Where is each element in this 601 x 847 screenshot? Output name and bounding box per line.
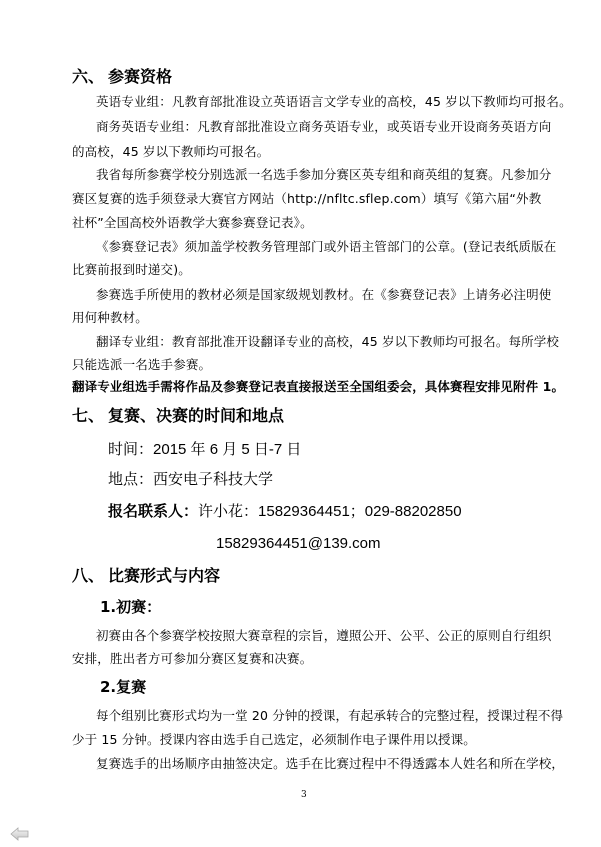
place-value: 西安电子科技大学 [153,471,273,488]
subheading-semifinal: 2.复赛 [100,680,146,695]
paragraph-line: 比赛前报到时递交)。 [72,264,191,277]
heading-number: 六、 [72,69,108,85]
time-line: 时间：2015 年 6 月 5 日-7 日 [108,442,301,457]
heading-number: 八、 [72,568,108,584]
back-button[interactable] [10,826,30,840]
place-line: 地点：西安电子科技大学 [108,472,273,487]
heading-title: 复赛、决赛的时间和地点 [108,406,284,425]
paragraph-line: 安排，胜出者方可参加分赛区复赛和决赛。 [72,653,312,666]
paragraph-line: 我省每所参赛学校分别选派一名选手参加分赛区英专组和商英组的复赛。凡参加分 [96,169,551,182]
contact-value: 许小花：15829364451；029-88202850 [198,503,462,520]
heading-title: 比赛形式与内容 [108,566,220,585]
paragraph-line: 赛区复赛的选手须登录大赛官方网站（http://nfltc.sflep.com）… [72,193,541,206]
place-label: 地点： [108,471,153,488]
paragraph-line: 复赛选手的出场顺序由抽签决定。选手在比赛过程中不得透露本人姓名和所在学校， [96,758,564,771]
paragraph-line: 的高校，45 岁以下教师均可报名。 [72,146,269,159]
paragraph-line: 参赛选手所使用的教材必须是国家级规划教材。在《参赛登记表》上请务必注明使 [96,289,551,302]
heading-number: 七、 [72,408,108,424]
paragraph-line: 初赛由各个参赛学校按照大赛章程的宗旨，遵照公开、公平、公正的原则自行组织 [96,630,551,643]
bold-note: 翻译专业组选手需将作品及参赛登记表直接报送至全国组委会，具体赛程安排见附件 1。 [72,381,564,394]
page-number: 3 [301,791,307,800]
paragraph-line: 翻译专业组：教育部批准开设翻译专业的高校，45 岁以下教师均可报名。每所学校 [96,336,559,349]
paragraph-line: 只能选派一名选手参赛。 [72,359,211,372]
heading-title: 参赛资格 [108,67,172,86]
contact-label: 报名联系人： [108,503,198,520]
paragraph-line: 每个组别比赛形式均为一堂 20 分钟的授课，有起承转合的完整过程，授课过程不得 [96,710,563,723]
paragraph-line: 少于 15 分钟。授课内容由选手自己选定，必须制作电子课件用以授课。 [72,734,476,747]
paragraph-line: 商务英语专业组：凡教育部批准设立商务英语专业，或英语专业开设商务英语方向 [96,121,551,134]
paragraph-line: 社杯”全国高校外语教学大赛参赛登记表》。 [72,217,313,230]
paragraph-line: 英语专业组：凡教育部批准设立英语语言文学专业的高校，45 岁以下教师均可报名。 [96,96,572,109]
left-arrow-icon [10,827,30,841]
section-heading-eight: 八、比赛形式与内容 [72,568,220,584]
section-heading-seven: 七、复赛、决赛的时间和地点 [72,408,284,424]
time-label: 时间： [108,441,153,458]
time-value: 2015 年 6 月 5 日-7 日 [153,441,301,458]
section-heading-six: 六、参赛资格 [72,69,172,85]
paragraph-line: 用何种教材。 [72,312,148,325]
contact-email: 15829364451@139.com [216,536,381,551]
subheading-preliminary: 1.初赛： [100,600,161,615]
paragraph-line: 《参赛登记表》须加盖学校教务管理部门或外语主管部门的公章。(登记表纸质版在 [96,241,556,254]
contact-line: 报名联系人：许小花：15829364451；029-88202850 [108,504,462,519]
